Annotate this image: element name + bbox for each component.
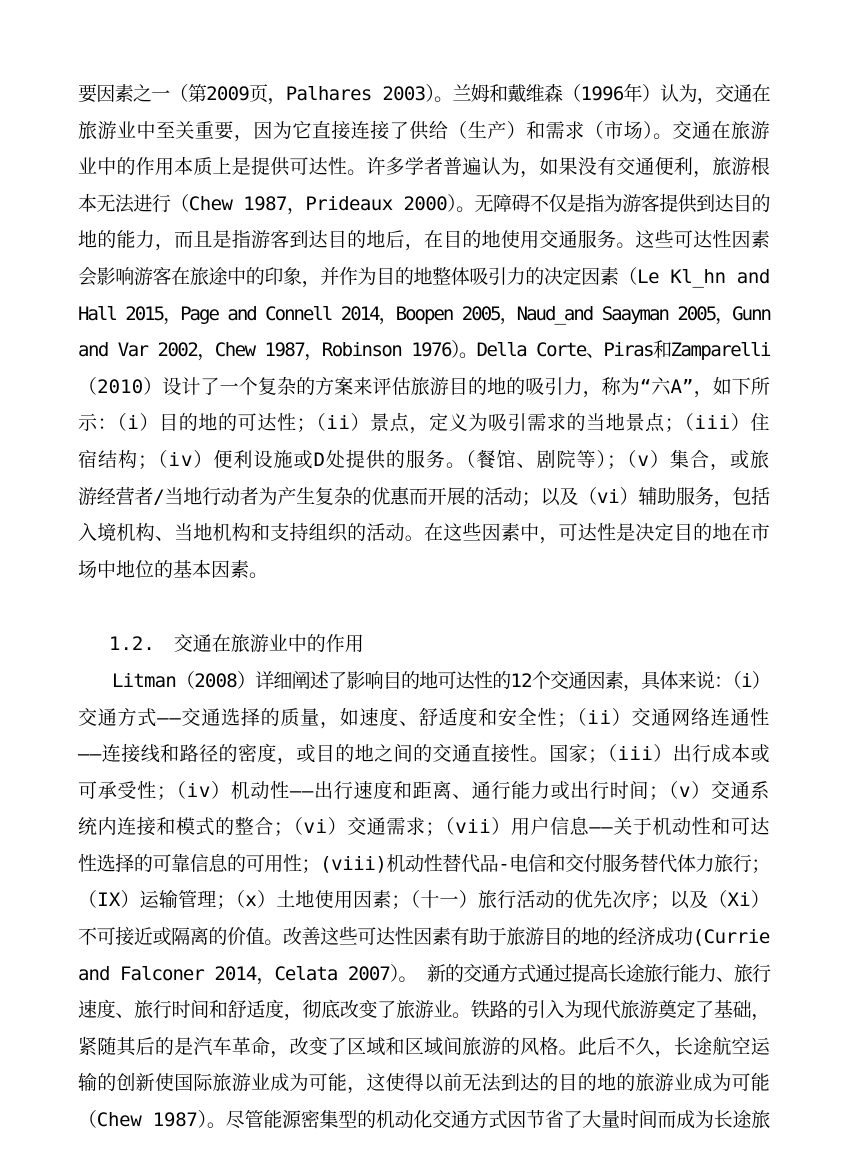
text-line-content: 可承受性；（iv）机动性——出行速度和距离、通行能力或出行时间；（v）交通系 — [78, 780, 770, 802]
section-title: 交通在旅游业中的作用 — [174, 633, 364, 655]
text-line: and Falconer 2014，Celata 2007）。 新的交通方式通过… — [78, 956, 770, 993]
text-line-content: 要因素之一（第2009页，Palhares 2003）。兰姆和戴维森（1996年… — [78, 83, 770, 105]
text-line: 入境机构、当地机构和支持组织的活动。在这些因素中，可达性是决定目的地在市 — [78, 515, 770, 552]
text-line-content: and Var 2002，Chew 1987，Robinson 1976）。De… — [78, 339, 770, 361]
text-line: 游经营者/当地行动者为产生复杂的优惠而开展的活动；以及（vi）辅助服务，包括 — [78, 479, 770, 516]
text-line: 输的创新使国际旅游业成为可能，这使得以前无法到达的目的地的旅游业成为可能 — [78, 1065, 770, 1102]
section-heading: 1.2.交通在旅游业中的作用 — [78, 626, 770, 663]
text-line-content: 交通方式——交通选择的质量，如速度、舒适度和安全性；（ii）交通网络连通性 — [78, 707, 770, 729]
document-page: 要因素之一（第2009页，Palhares 2003）。兰姆和戴维森（1996年… — [0, 0, 847, 1155]
text-line: 本无法进行（Chew 1987，Prideaux 2000）。无障碍不仅是指为游… — [78, 186, 770, 223]
text-line-content: 输的创新使国际旅游业成为可能，这使得以前无法到达的目的地的旅游业成为可能 — [78, 1072, 770, 1094]
text-line: （Chew 1987）。尽管能源密集型的机动化交通方式因节省了大量时间而成为长途… — [78, 1102, 770, 1139]
text-line: （2010）设计了一个复杂的方案来评估旅游目的地的吸引力，称为“六A”，如下所 — [78, 369, 770, 406]
text-line: 场中地位的基本因素。 — [78, 552, 770, 589]
paragraph-2: Litman（2008）详细阐述了影响目的地可达性的12个交通因素，具体来说：（… — [78, 663, 770, 1139]
text-line-content: 旅游业中至关重要，因为它直接连接了供给（生产）和需求（市场）。交通在旅游 — [78, 120, 770, 142]
text-line: 会影响游客在旅途中的印象，并作为目的地整体吸引力的决定因素（Le Kl_hn a… — [78, 259, 770, 296]
text-line-content: （IX）运输管理；（x）土地使用因素；（十一）旅行活动的优先次序；以及（Xi） — [78, 889, 770, 911]
text-line-content: 地的能力，而且是指游客到达目的地后，在目的地使用交通服务。这些可达性因素 — [78, 229, 770, 251]
text-line-content: 统内连接和模式的整合；（vi）交通需求；（vii）用户信息——关于机动性和可达 — [78, 816, 770, 838]
text-line: 地的能力，而且是指游客到达目的地后，在目的地使用交通服务。这些可达性因素 — [78, 222, 770, 259]
text-line-content: 性选择的可靠信息的可用性；(viii)机动性替代品-电信和交付服务替代体力旅行； — [78, 853, 770, 875]
text-line-content: Hall 2015，Page and Connell 2014，Boopen 2… — [78, 303, 770, 325]
text-line: 宿结构；（iv）便利设施或D处提供的服务。（餐馆、剧院等）；（v）集合，或旅 — [78, 442, 770, 479]
text-line-content: 会影响游客在旅途中的印象，并作为目的地整体吸引力的决定因素（Le Kl_hn a… — [78, 266, 770, 288]
text-line: 示：（i）目的地的可达性；（ii）景点，定义为吸引需求的当地景点；（iii）住 — [78, 405, 770, 442]
text-line-content: 不可接近或隔离的价值。改善这些可达性因素有助于旅游目的地的经济成功(Currie — [78, 926, 770, 948]
text-line-content: 速度、旅行时间和舒适度，彻底改变了旅游业。铁路的引入为现代旅游奠定了基础， — [78, 999, 770, 1021]
text-line: 可承受性；（iv）机动性——出行速度和距离、通行能力或出行时间；（v）交通系 — [78, 773, 770, 810]
text-line: 统内连接和模式的整合；（vi）交通需求；（vii）用户信息——关于机动性和可达 — [78, 809, 770, 846]
text-line-content: （2010）设计了一个复杂的方案来评估旅游目的地的吸引力，称为“六A”，如下所 — [78, 376, 770, 398]
text-line-content: 入境机构、当地机构和支持组织的活动。在这些因素中，可达性是决定目的地在市 — [78, 522, 770, 544]
text-line: 业中的作用本质上是提供可达性。许多学者普遍认为，如果没有交通便利，旅游根 — [78, 149, 770, 186]
text-line-content: （Chew 1987）。尽管能源密集型的机动化交通方式因节省了大量时间而成为长途… — [78, 1109, 770, 1131]
text-line: 要因素之一（第2009页，Palhares 2003）。兰姆和戴维森（1996年… — [78, 76, 770, 113]
text-line: and Var 2002，Chew 1987，Robinson 1976）。De… — [78, 332, 770, 369]
text-line: 交通方式——交通选择的质量，如速度、舒适度和安全性；（ii）交通网络连通性 — [78, 700, 770, 737]
text-line-content: ——连接线和路径的密度，或目的地之间的交通直接性。国家；（iii）出行成本或 — [78, 743, 770, 765]
text-line: Litman（2008）详细阐述了影响目的地可达性的12个交通因素，具体来说：（… — [78, 663, 770, 700]
text-line-content: 宿结构；（iv）便利设施或D处提供的服务。（餐馆、剧院等）；（v）集合，或旅 — [78, 449, 770, 471]
text-line: （IX）运输管理；（x）土地使用因素；（十一）旅行活动的优先次序；以及（Xi） — [78, 882, 770, 919]
text-line-content: and Falconer 2014，Celata 2007）。 新的交通方式通过… — [78, 963, 770, 985]
text-line: 性选择的可靠信息的可用性；(viii)机动性替代品-电信和交付服务替代体力旅行； — [78, 846, 770, 883]
paragraph-1: 要因素之一（第2009页，Palhares 2003）。兰姆和戴维森（1996年… — [78, 76, 770, 588]
text-content: 要因素之一（第2009页，Palhares 2003）。兰姆和戴维森（1996年… — [78, 76, 770, 1139]
text-line: 速度、旅行时间和舒适度，彻底改变了旅游业。铁路的引入为现代旅游奠定了基础， — [78, 992, 770, 1029]
text-line: ——连接线和路径的密度，或目的地之间的交通直接性。国家；（iii）出行成本或 — [78, 736, 770, 773]
text-line-content: 游经营者/当地行动者为产生复杂的优惠而开展的活动；以及（vi）辅助服务，包括 — [78, 486, 770, 508]
text-line-content: 场中地位的基本因素。 — [78, 559, 268, 581]
text-line-content: 业中的作用本质上是提供可达性。许多学者普遍认为，如果没有交通便利，旅游根 — [78, 156, 770, 178]
text-line-content: Litman（2008）详细阐述了影响目的地可达性的12个交通因素，具体来说：（… — [112, 670, 770, 692]
text-line: 紧随其后的是汽车革命，改变了区域和区域间旅游的风格。此后不久，长途航空运 — [78, 1029, 770, 1066]
section-number: 1.2. — [109, 633, 155, 655]
text-line-content: 紧随其后的是汽车革命，改变了区域和区域间旅游的风格。此后不久，长途航空运 — [78, 1036, 770, 1058]
text-line-content: 本无法进行（Chew 1987，Prideaux 2000）。无障碍不仅是指为游… — [78, 193, 770, 215]
text-line: 旅游业中至关重要，因为它直接连接了供给（生产）和需求（市场）。交通在旅游 — [78, 113, 770, 150]
text-line-content: 示：（i）目的地的可达性；（ii）景点，定义为吸引需求的当地景点；（iii）住 — [78, 412, 770, 434]
text-line: 不可接近或隔离的价值。改善这些可达性因素有助于旅游目的地的经济成功(Currie — [78, 919, 770, 956]
text-line: Hall 2015，Page and Connell 2014，Boopen 2… — [78, 296, 770, 333]
